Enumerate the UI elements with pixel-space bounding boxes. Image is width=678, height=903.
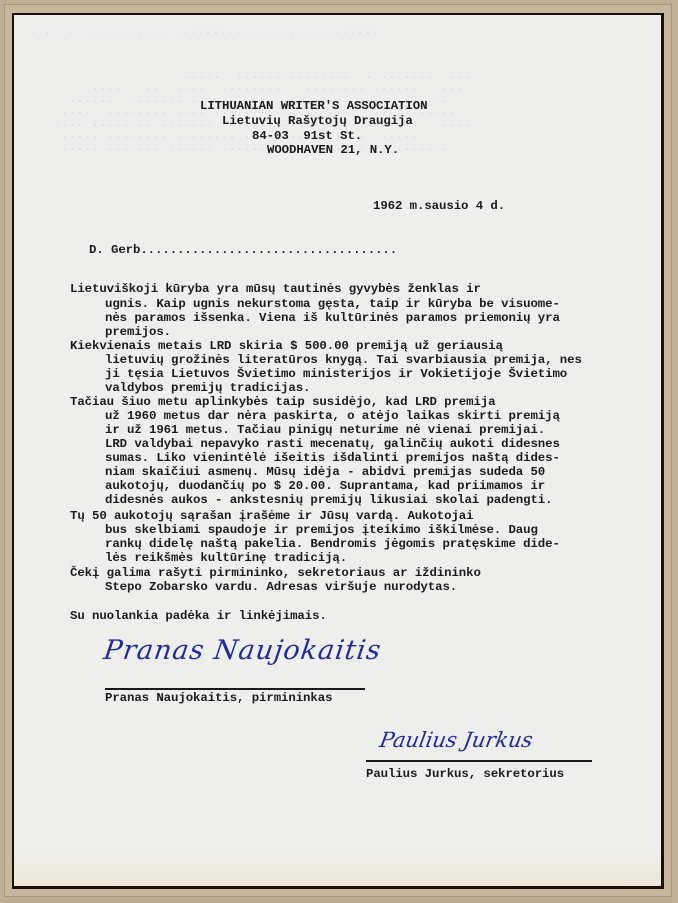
body-line: Lietuviškoji kūryba yra mūsų tautinės gy… [70,282,481,296]
bleed-through-text: . , . .......... .......................… [30,25,380,37]
salutation: D. Gerb.................................… [89,243,397,257]
body-line: Tačiau šiuo metu aplinkybės taip susidėj… [70,395,495,409]
org-name-english: LITHUANIAN WRITER'S ASSOCIATION [200,99,427,113]
body-line: nės paramos išsenka. Viena iš kultūrinės… [105,311,560,325]
body-line: Stepo Zobarsko vardu. Adresas viršuje nu… [105,580,457,594]
body-line: Kiekvienais metais LRD skiria $ 500.00 p… [70,339,503,353]
body-line: ji tęsia Lietuvos Švietimo ministerijos … [105,367,567,381]
body-line: už 1960 metus dar nėra paskirta, o atėjo… [105,409,560,423]
typed-name-chairman: Pranas Naujokaitis, pirmininkas [105,691,332,705]
signature-line [366,760,592,762]
body-line: niam skaičiui asmenų. Mūsų idėja - abidv… [105,465,545,479]
body-line: ugnis. Kaip ugnis nekurstoma gęsta, taip… [105,297,560,311]
letter-date: 1962 m.sausio 4 d. [373,199,505,213]
body-line: lės reikšmės kultūrinę tradiciją. [105,551,347,565]
body-line: lietuvių grožinės literatūros knygą. Tai… [105,353,582,367]
street-address: 84-03 91st St. [252,129,362,143]
body-line: valdybos premijų tradicijas. [105,381,310,395]
closing-line: Su nuolankia padėka ir linkėjimais. [70,609,327,623]
handwritten-signature: Paulius Jurkus [378,728,535,752]
handwritten-signature: Pranas Naujokaitis [102,635,384,666]
body-line: Čekį galima rašyti pirmininko, sekretori… [70,566,481,580]
body-line: bus skelbiami spaudoje ir premijos įteik… [105,523,538,537]
letter-page: . , . .......... .......................… [12,13,664,889]
typed-name-secretary: Paulius Jurkus, sekretorius [366,767,564,781]
body-line: LRD valdybai nepavyko rasti mecenatų, ga… [105,437,560,451]
org-name-lithuanian: Lietuvių Rašytojų Draugija [222,114,413,128]
body-line: ir už 1961 metus. Tačiau pinigų neturime… [105,423,545,437]
body-line: didesnės aukos - ankstesnių premijų liku… [105,493,552,507]
body-line: Tų 50 aukotojų sąrašan įrašėme ir Jūsų v… [70,509,473,523]
city-address: WOODHAVEN 21, N.Y. [267,143,399,157]
body-line: aukotojų, duodančių po $ 20.00. Supranta… [105,479,545,493]
body-line: premijos. [105,325,171,339]
body-line: rankų didelę naštą pakelia. Bendromis jė… [105,537,560,551]
signature-line [105,688,365,690]
body-line: sumas. Liko vienintėlė išeitis išdalinti… [105,451,560,465]
